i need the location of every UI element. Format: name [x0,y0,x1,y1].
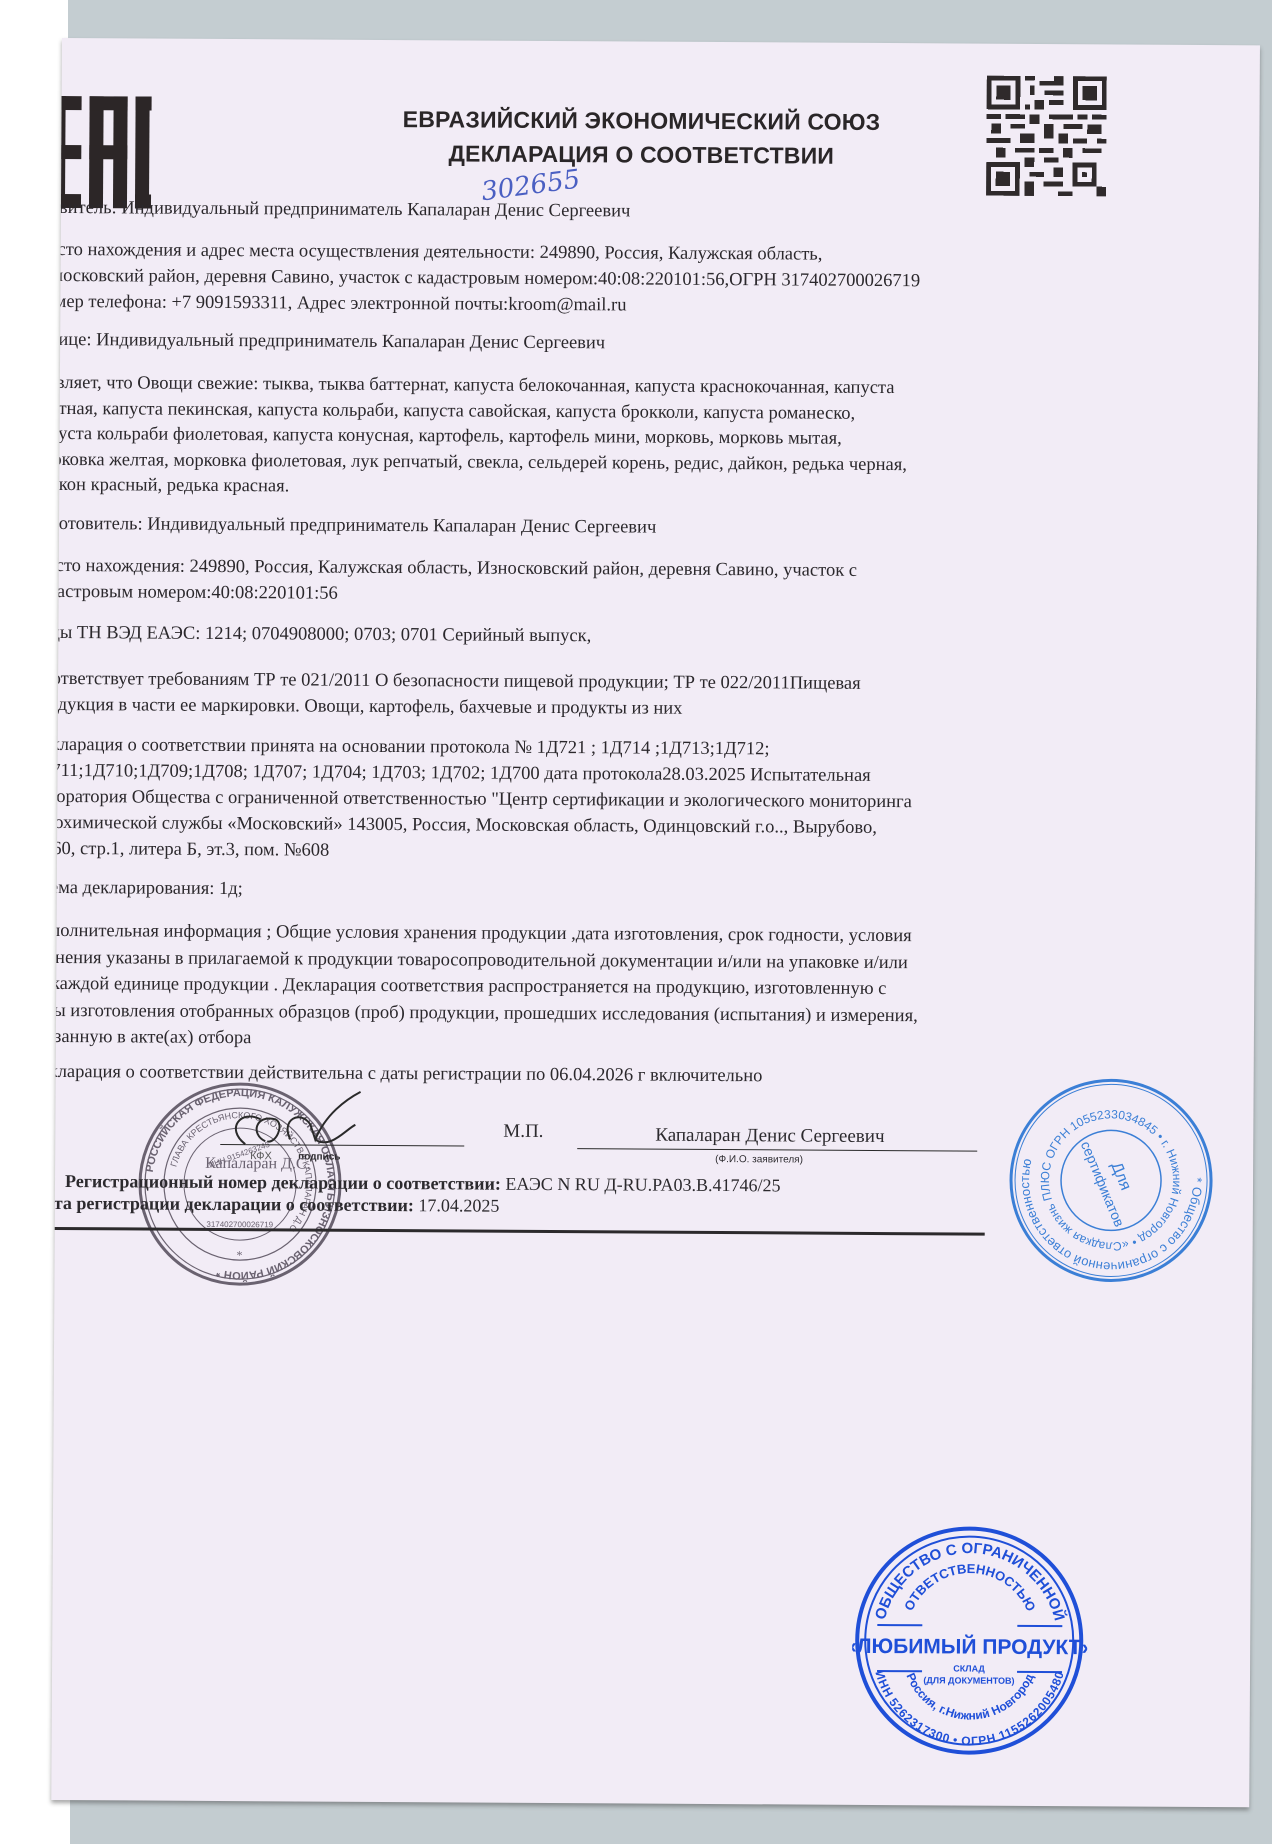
applicant-section: Заявитель: Индивидуальный предпринимател… [51,196,1213,227]
name-caption: (Ф.И.О. заявителя) [715,1154,803,1166]
manufacturer-line: Изготовитель: Индивидуальный предпринима… [51,512,1211,543]
registration-number-label: Регистрационный номер декларации о соотв… [65,1171,501,1194]
scheme-section: Схема декларирования: 1д; [51,876,1209,907]
declared-products-section: заявляет, что Овощи свежие: тыква, тыква… [51,371,1212,506]
applicant-address-section: Место нахождения и адрес места осуществл… [51,237,1213,322]
registration-number: Регистрационный номер декларации о соотв… [65,1171,781,1196]
name-line [577,1148,977,1151]
lyubimy-produkt-round-stamp: ОБЩЕСТВО С ОГРАНИЧЕННОЙ ОТВЕТСТВЕННОСТЬЮ… [852,1523,1088,1759]
svg-text:(ДЛЯ ДОКУМЕНТОВ): (ДЛЯ ДОКУМЕНТОВ) [923,1675,1014,1686]
declaration-title: ДЕКЛАРАЦИЯ О СООТВЕТСТВИИ [351,136,931,174]
manufacturer-section: Изготовитель: Индивидуальный предпринима… [51,512,1211,543]
applicant-full-name: Капаларан Денис Сергеевич [655,1125,884,1148]
protocol-basis-section: Декларация о соответствии принята на осн… [51,732,1210,869]
additional-info-section: Дополнительная информация ; Общие услови… [51,918,1208,1058]
seal-placeholder-label: М.П. [503,1121,543,1143]
union-title: ЕВРАЗИЙСКИЙ ЭКОНОМИЧЕСКИЙ СОЮЗ [351,102,931,140]
certificates-round-stamp: * Общество с ограниченной ответственност… [985,1054,1237,1306]
eac-logo-icon [51,96,151,209]
customs-codes-line: Коды ТН ВЭД ЕАЭС: 1214; 0704908000; 0703… [51,621,1210,652]
svg-text:*: * [237,1248,243,1262]
registration-date: Дата регистрации декларации о соответств… [51,1193,499,1217]
registration-date-label: Дата регистрации декларации о соответств… [51,1193,414,1215]
declaration-page: ЕВРАЗИЙСКИЙ ЭКОНОМИЧЕСКИЙ СОЮЗ ДЕКЛАРАЦИ… [51,38,1260,1807]
applicant-line: Заявитель: Индивидуальный предпринимател… [51,196,1213,227]
initials-text: Капаларан Д.С. [205,1155,311,1173]
manufacturer-address-section: Место нахождения: 249890, Россия, Калужс… [51,553,1211,612]
registration-number-value: ЕАЭС N RU Д-RU.PA03.B.41746/25 [505,1174,780,1196]
compliance-section: Соответствует требованиям ТР те 021/2011… [51,666,1210,725]
codes-section: Коды ТН ВЭД ЕАЭС: 1214; 0704908000; 0703… [51,621,1210,652]
qr-code-icon [986,76,1107,197]
scheme-line: Схема декларирования: 1д; [51,876,1209,907]
scan-background-top [68,0,1272,40]
svg-text:«ЛЮБИМЫЙ ПРОДУКТ»: «ЛЮБИМЫЙ ПРОДУКТ» [852,1634,1088,1660]
registration-date-value: 17.04.2025 [418,1195,499,1215]
svg-text:СКЛАД: СКЛАД [953,1663,985,1673]
document-header: ЕВРАЗИЙСКИЙ ЭКОНОМИЧЕСКИЙ СОЮЗ ДЕКЛАРАЦИ… [351,102,931,174]
represented-by-line: В лице: Индивидуальный предприниматель К… [51,328,1212,359]
represented-by-section: В лице: Индивидуальный предприниматель К… [51,328,1212,359]
